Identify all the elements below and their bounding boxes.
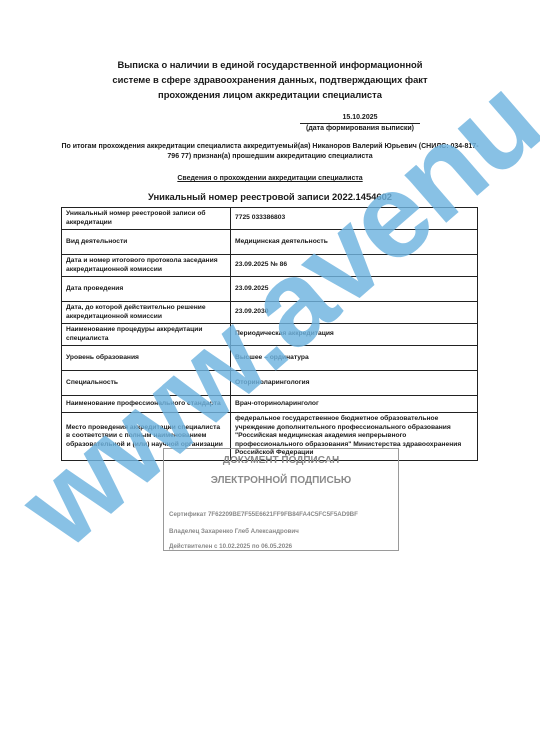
row-key: Уровень образования	[62, 346, 231, 371]
row-value: Врач-оториноларинголог	[231, 396, 478, 413]
signature-certificate: Сертификат 7F62209BE7F55E6621FF9FB84FA4C…	[169, 511, 358, 518]
table-row: Уровень образования Высшее – ординатура	[62, 346, 478, 371]
row-key: Наименование профессионального стандарта	[62, 396, 231, 413]
document-title: Выписка о наличии в единой государственн…	[0, 57, 540, 102]
document-page: Выписка о наличии в единой государственн…	[0, 0, 540, 750]
table-row: Вид деятельности Медицинская деятельност…	[62, 230, 478, 255]
formation-date-label: (дата формирования выписки)	[300, 124, 420, 134]
table-row: Дата и номер итогового протокола заседан…	[62, 255, 478, 277]
intro-text: По итогам прохождения аккредитации специ…	[60, 142, 480, 161]
section-title: Сведения о прохождении аккредитации спец…	[0, 175, 540, 182]
signature-subheading: ЭЛЕКТРОННОЙ ПОДПИСЬЮ	[164, 475, 398, 486]
electronic-signature-stamp: ДОКУМЕНТ ПОДПИСАН ЭЛЕКТРОННОЙ ПОДПИСЬЮ С…	[163, 448, 399, 551]
row-key: Специальность	[62, 371, 231, 396]
formation-date: 15.10.2025	[300, 113, 420, 124]
title-line: прохождения лицом аккредитации специалис…	[0, 87, 540, 102]
row-value: 7725 033386803	[231, 208, 478, 230]
table-row: Наименование процедуры аккредитации спец…	[62, 324, 478, 346]
row-key: Вид деятельности	[62, 230, 231, 255]
row-key: Дата, до которой действительно решение а…	[62, 302, 231, 324]
formation-date-block: 15.10.2025 (дата формирования выписки)	[300, 113, 420, 134]
row-value: Периодическая аккредитация	[231, 324, 478, 346]
row-key: Дата и номер итогового протокола заседан…	[62, 255, 231, 277]
table-row: Дата проведения 23.09.2025	[62, 277, 478, 302]
title-line: Выписка о наличии в единой государственн…	[0, 57, 540, 72]
row-key: Уникальный номер реестровой записи об ак…	[62, 208, 231, 230]
row-key: Дата проведения	[62, 277, 231, 302]
signature-validity: Действителен с 10.02.2025 по 06.05.2026	[169, 543, 292, 550]
row-value: Высшее – ординатура	[231, 346, 478, 371]
accreditation-info-table: Уникальный номер реестровой записи об ак…	[61, 207, 478, 461]
signature-owner: Владелец Захаренко Глеб Александрович	[169, 528, 299, 535]
row-key: Наименование процедуры аккредитации спец…	[62, 324, 231, 346]
signature-heading: ДОКУМЕНТ ПОДПИСАН	[164, 455, 398, 466]
table-row: Уникальный номер реестровой записи об ак…	[62, 208, 478, 230]
row-value: 23.09.2025	[231, 277, 478, 302]
table-row: Дата, до которой действительно решение а…	[62, 302, 478, 324]
row-value: Медицинская деятельность	[231, 230, 478, 255]
title-line: системе в сфере здравоохранения данных, …	[0, 72, 540, 87]
table-row: Наименование профессионального стандарта…	[62, 396, 478, 413]
row-value: 23.09.2025 № 86	[231, 255, 478, 277]
row-value: Оториноларингология	[231, 371, 478, 396]
table-row: Специальность Оториноларингология	[62, 371, 478, 396]
registry-number-title: Уникальный номер реестровой записи 2022.…	[0, 191, 540, 202]
row-value: 23.09.2030	[231, 302, 478, 324]
